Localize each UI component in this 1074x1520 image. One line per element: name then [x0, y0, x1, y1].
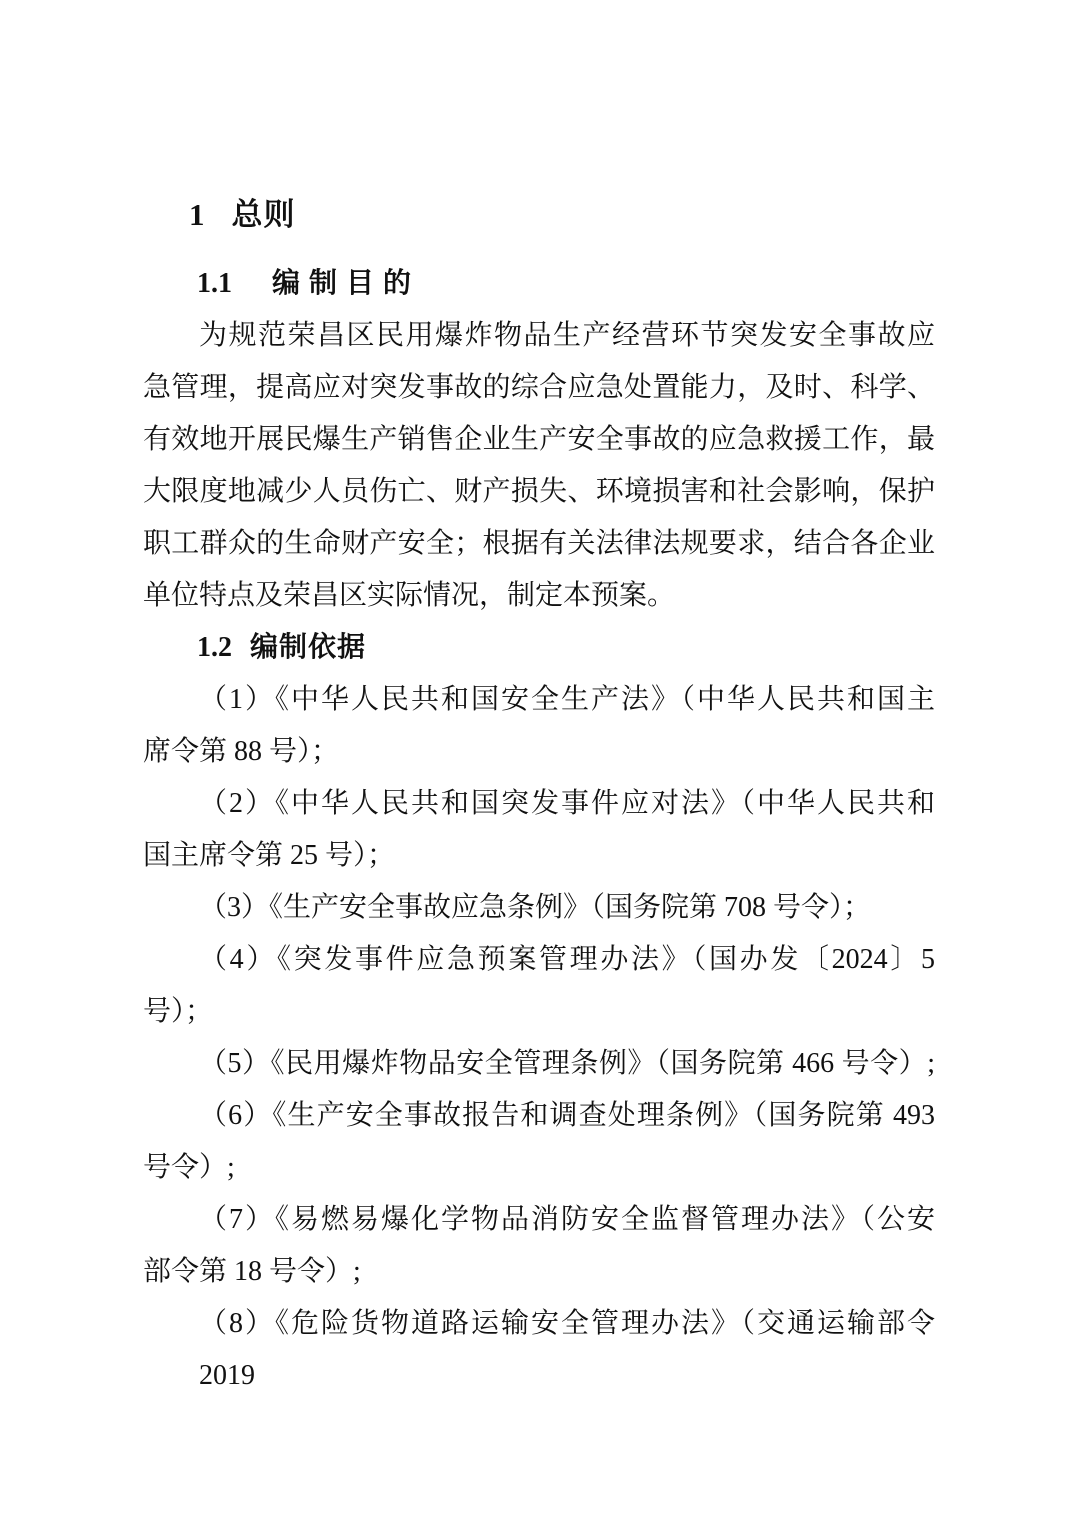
section-number: 1.2: [197, 622, 232, 674]
reference-line-6a: （6）《生产安全事故报告和调查处理条例》（国务院第 493: [143, 1090, 935, 1142]
chapter-title: 总则: [232, 197, 296, 258]
chapter-heading: 1 总则: [143, 197, 935, 258]
paragraph-line: 职工群众的生命财产安全；根据有关法律法规要求，结合各企业: [143, 518, 935, 570]
document-page: 1 总则 1.1 编制目的 为规范荣昌区民用爆炸物品生产经营环节突发安全事故应 …: [0, 0, 1074, 1520]
reference-line-7b: 部令第 18 号令）;: [143, 1246, 935, 1298]
paragraph-line: 有效地开展民爆生产销售企业生产安全事故的应急救援工作，最: [143, 414, 935, 466]
section-title: 编制目的: [272, 258, 420, 310]
paragraph-line: 为规范荣昌区民用爆炸物品生产经营环节突发安全事故应: [143, 310, 935, 362]
reference-line-8: （8）《危险货物道路运输安全管理办法》（交通运输部令 2019: [143, 1298, 935, 1350]
reference-line-6b: 号令）;: [143, 1142, 935, 1194]
reference-line-2b: 国主席令第 25 号）；: [143, 830, 935, 882]
reference-line-4b: 号）；: [143, 986, 935, 1038]
reference-line-4a: （4）《突发事件应急预案管理办法》（国办发〔2024〕5: [143, 934, 935, 986]
chapter-number: 1: [189, 197, 206, 258]
section-heading-1-2: 1.2 编制依据: [143, 622, 935, 674]
reference-line-7a: （7）《易燃易爆化学物品消防安全监督管理办法》（公安: [143, 1194, 935, 1246]
section-title: 编制依据: [250, 622, 366, 674]
reference-line-1b: 席令第 88 号）；: [143, 726, 935, 778]
paragraph-line: 单位特点及荣昌区实际情况，制定本预案。: [143, 570, 935, 622]
paragraph-line: 大限度地减少人员伤亡、财产损失、环境损害和社会影响，保护: [143, 466, 935, 518]
reference-line-2a: （2）《中华人民共和国突发事件应对法》（中华人民共和: [143, 778, 935, 830]
reference-line-3: （3）《生产安全事故应急条例》（国务院第 708 号令）；: [143, 882, 935, 934]
paragraph-line: 急管理，提高应对突发事故的综合应急处置能力，及时、科学、: [143, 362, 935, 414]
reference-line-1a: （1）《中华人民共和国安全生产法》（中华人民共和国主: [143, 674, 935, 726]
section-heading-1-1: 1.1 编制目的: [143, 258, 935, 310]
document-content: 1 总则 1.1 编制目的 为规范荣昌区民用爆炸物品生产经营环节突发安全事故应 …: [143, 197, 935, 1350]
section-number: 1.1: [197, 258, 232, 310]
reference-line-5: （5）《民用爆炸物品安全管理条例》（国务院第 466 号令）;: [143, 1038, 935, 1090]
